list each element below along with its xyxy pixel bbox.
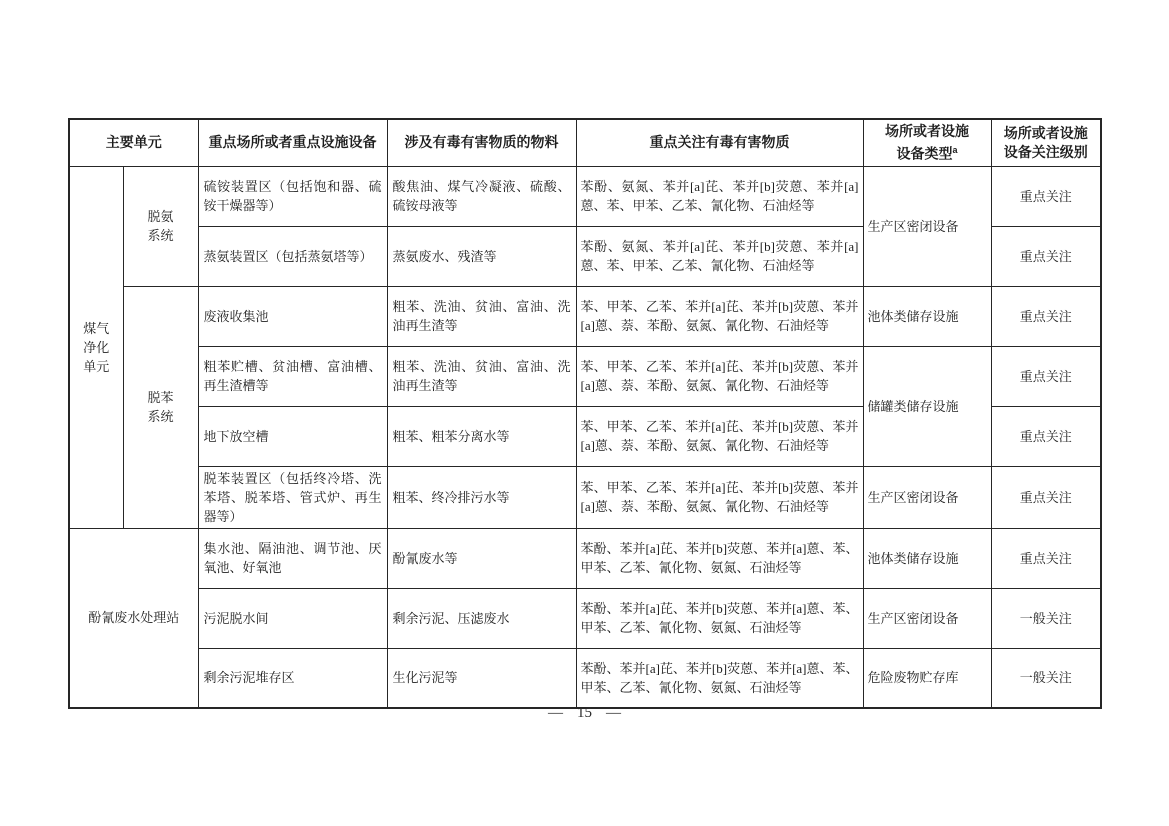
- cell-attention-level: 重点关注: [991, 226, 1101, 286]
- cell-facility-type: 池体类储存设施: [863, 286, 991, 346]
- cell-facility-type: 生产区密闭设备: [863, 588, 991, 648]
- cell-substances: 苯、甲苯、乙苯、苯并[a]芘、苯并[b]荧蒽、苯并[a]蒽、萘、苯酚、氨氮、氰化…: [576, 466, 863, 528]
- document-page: 主要单元 重点场所或者重点设施设备 涉及有毒有害物质的物料 重点关注有毒有害物质…: [0, 0, 1169, 826]
- cell-materials: 粗苯、洗油、贫油、富油、洗油再生渣等: [387, 346, 576, 406]
- table-row: 剩余污泥堆存区 生化污泥等 苯酚、苯并[a]芘、苯并[b]荧蒽、苯并[a]蒽、苯…: [69, 648, 1101, 708]
- cell-materials: 酚氰废水等: [387, 528, 576, 588]
- toxic-substances-table: 主要单元 重点场所或者重点设施设备 涉及有毒有害物质的物料 重点关注有毒有害物质…: [68, 118, 1102, 709]
- cell-substances: 苯酚、氨氮、苯并[a]芘、苯并[b]荧蒽、苯并[a]蒽、苯、甲苯、乙苯、氰化物、…: [576, 166, 863, 226]
- header-main-unit: 主要单元: [69, 119, 198, 166]
- header-substances: 重点关注有毒有害物质: [576, 119, 863, 166]
- table-row: 脱苯 系统 废液收集池 粗苯、洗油、贫油、富油、洗油再生渣等 苯、甲苯、乙苯、苯…: [69, 286, 1101, 346]
- table-row: 粗苯贮槽、贫油槽、富油槽、再生渣槽等 粗苯、洗油、贫油、富油、洗油再生渣等 苯、…: [69, 346, 1101, 406]
- header-attention-level: 场所或者设施 设备关注级别: [991, 119, 1101, 166]
- cell-facility-type: 生产区密闭设备: [863, 466, 991, 528]
- page-number-value: 15: [577, 705, 592, 721]
- cell-materials: 酸焦油、煤气冷凝液、硫酸、硫铵母液等: [387, 166, 576, 226]
- system-ammonia-removal: 脱氨 系统: [123, 166, 198, 286]
- page-number: —15—: [0, 705, 1169, 722]
- cell-materials: 剩余污泥、压滤废水: [387, 588, 576, 648]
- cell-attention-level: 重点关注: [991, 286, 1101, 346]
- cell-attention-level: 一般关注: [991, 588, 1101, 648]
- cell-materials: 粗苯、终冷排污水等: [387, 466, 576, 528]
- table-row: 脱苯装置区（包括终冷塔、洗苯塔、脱苯塔、管式炉、再生器等） 粗苯、终冷排污水等 …: [69, 466, 1101, 528]
- cell-materials: 蒸氨废水、残渣等: [387, 226, 576, 286]
- page-number-left-dash: —: [548, 705, 563, 722]
- cell-facility-type: 池体类储存设施: [863, 528, 991, 588]
- cell-site: 集水池、隔油池、调节池、厌氧池、好氧池: [198, 528, 387, 588]
- cell-substances: 苯、甲苯、乙苯、苯并[a]芘、苯并[b]荧蒽、苯并[a]蒽、萘、苯酚、氨氮、氰化…: [576, 406, 863, 466]
- cell-facility-type: 生产区密闭设备: [863, 166, 991, 286]
- cell-attention-level: 重点关注: [991, 166, 1101, 226]
- header-row: 主要单元 重点场所或者重点设施设备 涉及有毒有害物质的物料 重点关注有毒有害物质…: [69, 119, 1101, 166]
- header-attention-level-text: 场所或者设施 设备关注级别: [1004, 125, 1088, 160]
- cell-materials: 粗苯、粗苯分离水等: [387, 406, 576, 466]
- footnote-marker: a: [952, 145, 957, 155]
- cell-materials: 生化污泥等: [387, 648, 576, 708]
- cell-site: 废液收集池: [198, 286, 387, 346]
- cell-facility-type: 危险废物贮存库: [863, 648, 991, 708]
- cell-substances: 苯、甲苯、乙苯、苯并[a]芘、苯并[b]荧蒽、苯并[a]蒽、萘、苯酚、氨氮、氰化…: [576, 286, 863, 346]
- cell-site: 污泥脱水间: [198, 588, 387, 648]
- cell-substances: 苯酚、苯并[a]芘、苯并[b]荧蒽、苯并[a]蒽、苯、甲苯、乙苯、氰化物、氨氮、…: [576, 528, 863, 588]
- page-number-right-dash: —: [606, 705, 621, 722]
- cell-site: 脱苯装置区（包括终冷塔、洗苯塔、脱苯塔、管式炉、再生器等）: [198, 466, 387, 528]
- cell-facility-type: 储罐类储存设施: [863, 346, 991, 466]
- cell-attention-level: 重点关注: [991, 346, 1101, 406]
- header-materials: 涉及有毒有害物质的物料: [387, 119, 576, 166]
- table-row: 污泥脱水间 剩余污泥、压滤废水 苯酚、苯并[a]芘、苯并[b]荧蒽、苯并[a]蒽…: [69, 588, 1101, 648]
- unit-wastewater-station: 酚氰废水处理站: [69, 528, 198, 708]
- cell-site: 粗苯贮槽、贫油槽、富油槽、再生渣槽等: [198, 346, 387, 406]
- header-key-sites: 重点场所或者重点设施设备: [198, 119, 387, 166]
- table-row: 煤气 净化 单元 脱氨 系统 硫铵装置区（包括饱和器、硫铵干燥器等） 酸焦油、煤…: [69, 166, 1101, 226]
- cell-materials: 粗苯、洗油、贫油、富油、洗油再生渣等: [387, 286, 576, 346]
- unit-gas-purification: 煤气 净化 单元: [69, 166, 123, 528]
- cell-site: 硫铵装置区（包括饱和器、硫铵干燥器等）: [198, 166, 387, 226]
- cell-site: 剩余污泥堆存区: [198, 648, 387, 708]
- cell-attention-level: 重点关注: [991, 528, 1101, 588]
- header-facility-type: 场所或者设施 设备类型a: [863, 119, 991, 166]
- system-benzene-removal: 脱苯 系统: [123, 286, 198, 528]
- cell-substances: 苯酚、苯并[a]芘、苯并[b]荧蒽、苯并[a]蒽、苯、甲苯、乙苯、氰化物、氨氮、…: [576, 648, 863, 708]
- header-facility-type-text: 场所或者设施 设备类型: [885, 123, 969, 162]
- cell-site: 地下放空槽: [198, 406, 387, 466]
- cell-attention-level: 重点关注: [991, 466, 1101, 528]
- cell-attention-level: 一般关注: [991, 648, 1101, 708]
- cell-substances: 苯酚、苯并[a]芘、苯并[b]荧蒽、苯并[a]蒽、苯、甲苯、乙苯、氰化物、氨氮、…: [576, 588, 863, 648]
- cell-attention-level: 重点关注: [991, 406, 1101, 466]
- table-row: 酚氰废水处理站 集水池、隔油池、调节池、厌氧池、好氧池 酚氰废水等 苯酚、苯并[…: [69, 528, 1101, 588]
- cell-substances: 苯酚、氨氮、苯并[a]芘、苯并[b]荧蒽、苯并[a]蒽、苯、甲苯、乙苯、氰化物、…: [576, 226, 863, 286]
- cell-site: 蒸氨装置区（包括蒸氨塔等）: [198, 226, 387, 286]
- cell-substances: 苯、甲苯、乙苯、苯并[a]芘、苯并[b]荧蒽、苯并[a]蒽、萘、苯酚、氨氮、氰化…: [576, 346, 863, 406]
